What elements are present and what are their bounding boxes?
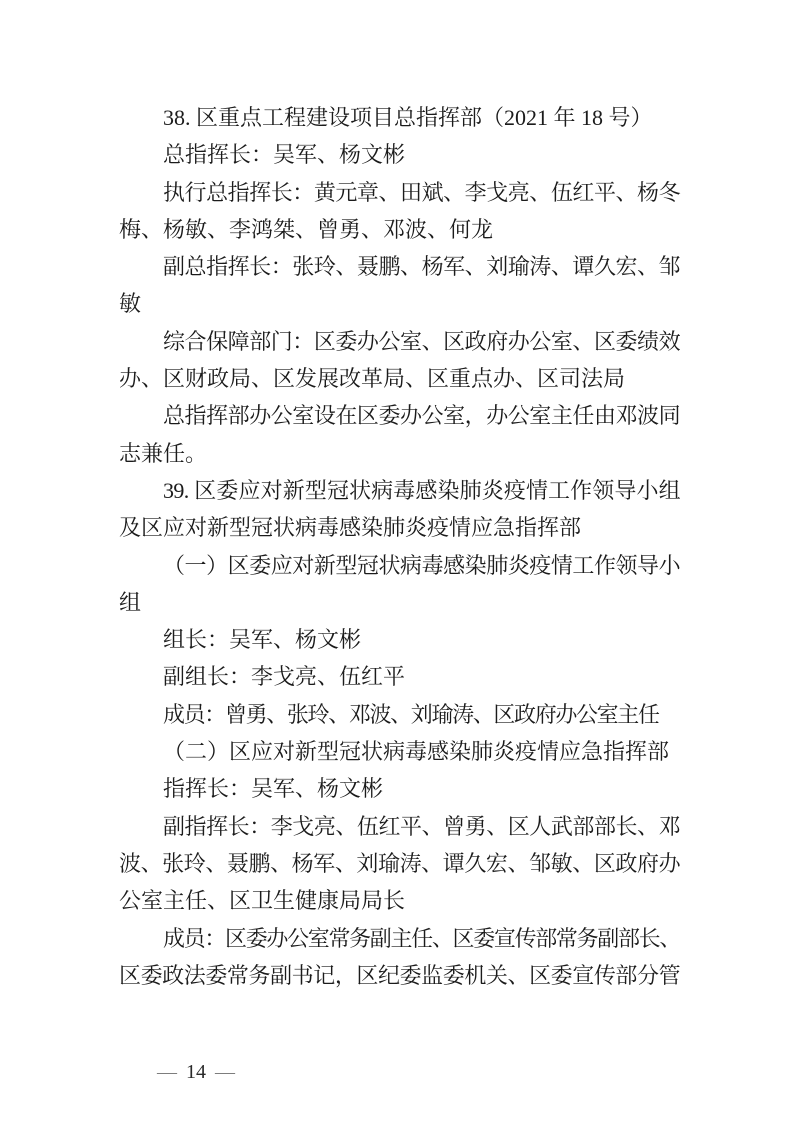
document-line: 敏: [119, 285, 680, 322]
document-line: 总指挥部办公室设在区委办公室，办公室主任由邓波同: [119, 397, 680, 434]
document-line: 及区应对新型冠状病毒感染肺炎疫情应急指挥部: [119, 509, 680, 546]
document-line: 成员：曾勇、张玲、邓波、刘瑜涛、区政府办公室主任: [119, 696, 680, 733]
document-line: 波、张玲、聂鹏、杨军、刘瑜涛、谭久宏、邹敏、区政府办: [119, 845, 680, 882]
document-line: （一）区委应对新型冠状病毒感染肺炎疫情工作领导小: [119, 547, 680, 584]
page-number: 14: [177, 1061, 215, 1083]
document-line: 成员：区委办公室常务副主任、区委宣传部常务副部长、: [119, 920, 680, 957]
document-page: 38. 区重点工程建设项目总指挥部（2021 年 18 号）总指挥长：吴军、杨文…: [0, 0, 793, 1122]
document-line: 志兼任。: [119, 435, 680, 472]
footer-left-dash: —: [157, 1061, 177, 1083]
document-line: 副总指挥长：张玲、聂鹏、杨军、刘瑜涛、谭久宏、邹: [119, 248, 680, 285]
document-line: 梅、杨敏、李鸿桀、曾勇、邓波、何龙: [119, 211, 680, 248]
document-line: 副组长：李戈亮、伍红平: [119, 658, 680, 695]
document-line: 总指挥长：吴军、杨文彬: [119, 136, 680, 173]
document-line: 办、区财政局、区发展改革局、区重点办、区司法局: [119, 360, 680, 397]
page-footer: —14—: [137, 1036, 235, 1108]
footer-right-dash: —: [215, 1061, 235, 1083]
document-body: 38. 区重点工程建设项目总指挥部（2021 年 18 号）总指挥长：吴军、杨文…: [119, 99, 680, 994]
document-line: 指挥长：吴军、杨文彬: [119, 770, 680, 807]
document-line: 公室主任、区卫生健康局局长: [119, 882, 680, 919]
document-line: 38. 区重点工程建设项目总指挥部（2021 年 18 号）: [119, 99, 680, 136]
document-line: （二）区应对新型冠状病毒感染肺炎疫情应急指挥部: [119, 733, 680, 770]
document-line: 组: [119, 584, 680, 621]
document-line: 执行总指挥长：黄元章、田斌、李戈亮、伍红平、杨冬: [119, 174, 680, 211]
document-line: 区委政法委常务副书记，区纪委监委机关、区委宣传部分管: [119, 957, 680, 994]
document-line: 综合保障部门：区委办公室、区政府办公室、区委绩效: [119, 323, 680, 360]
document-line: 组长：吴军、杨文彬: [119, 621, 680, 658]
document-line: 副指挥长：李戈亮、伍红平、曾勇、区人武部部长、邓: [119, 808, 680, 845]
document-line: 39. 区委应对新型冠状病毒感染肺炎疫情工作领导小组: [119, 472, 680, 509]
